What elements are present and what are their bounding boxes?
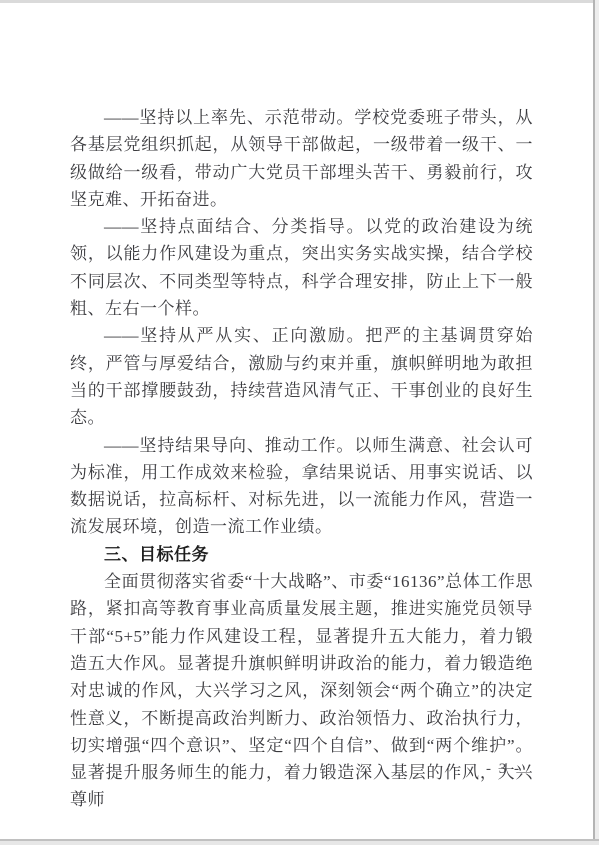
document-body: ——坚持以上率先、示范带动。学校党委班子带头，从各基层党组织抓起，从领导干部做起… — [70, 104, 533, 814]
paragraph-principle-2: ——坚持点面结合、分类指导。以党的政治建设为统领，以能力作风建设为重点，突出实务… — [70, 213, 533, 322]
section-heading-goals-tasks: 三、目标任务 — [70, 541, 533, 568]
page-number: - 3 - — [486, 761, 521, 778]
scan-edge-right-line — [593, 0, 595, 841]
paragraph-section-body: 全面贯彻落实省委“十大战略”、市委“16136”总体工作思路，紧扣高等教育事业高… — [70, 568, 533, 814]
paragraph-principle-3: ——坚持从严从实、正向激励。把严的主基调贯穿始终，严管与厚爱结合，激励与约束并重… — [70, 322, 533, 431]
scanned-document-page: ——坚持以上率先、示范带动。学校党委班子带头，从各基层党组织抓起，从领导干部做起… — [0, 0, 599, 845]
scan-edge-right-fill — [595, 0, 599, 845]
scan-edge-top — [0, 0, 599, 3]
paragraph-principle-4: ——坚持结果导向、推动工作。以师生满意、社会认可为标准，用工作成效来检验，拿结果… — [70, 432, 533, 541]
paragraph-principle-1: ——坚持以上率先、示范带动。学校党委班子带头，从各基层党组织抓起，从领导干部做起… — [70, 104, 533, 213]
scan-edge-bottom-line — [0, 839, 599, 841]
scan-edge-bottom-fill — [0, 841, 599, 845]
